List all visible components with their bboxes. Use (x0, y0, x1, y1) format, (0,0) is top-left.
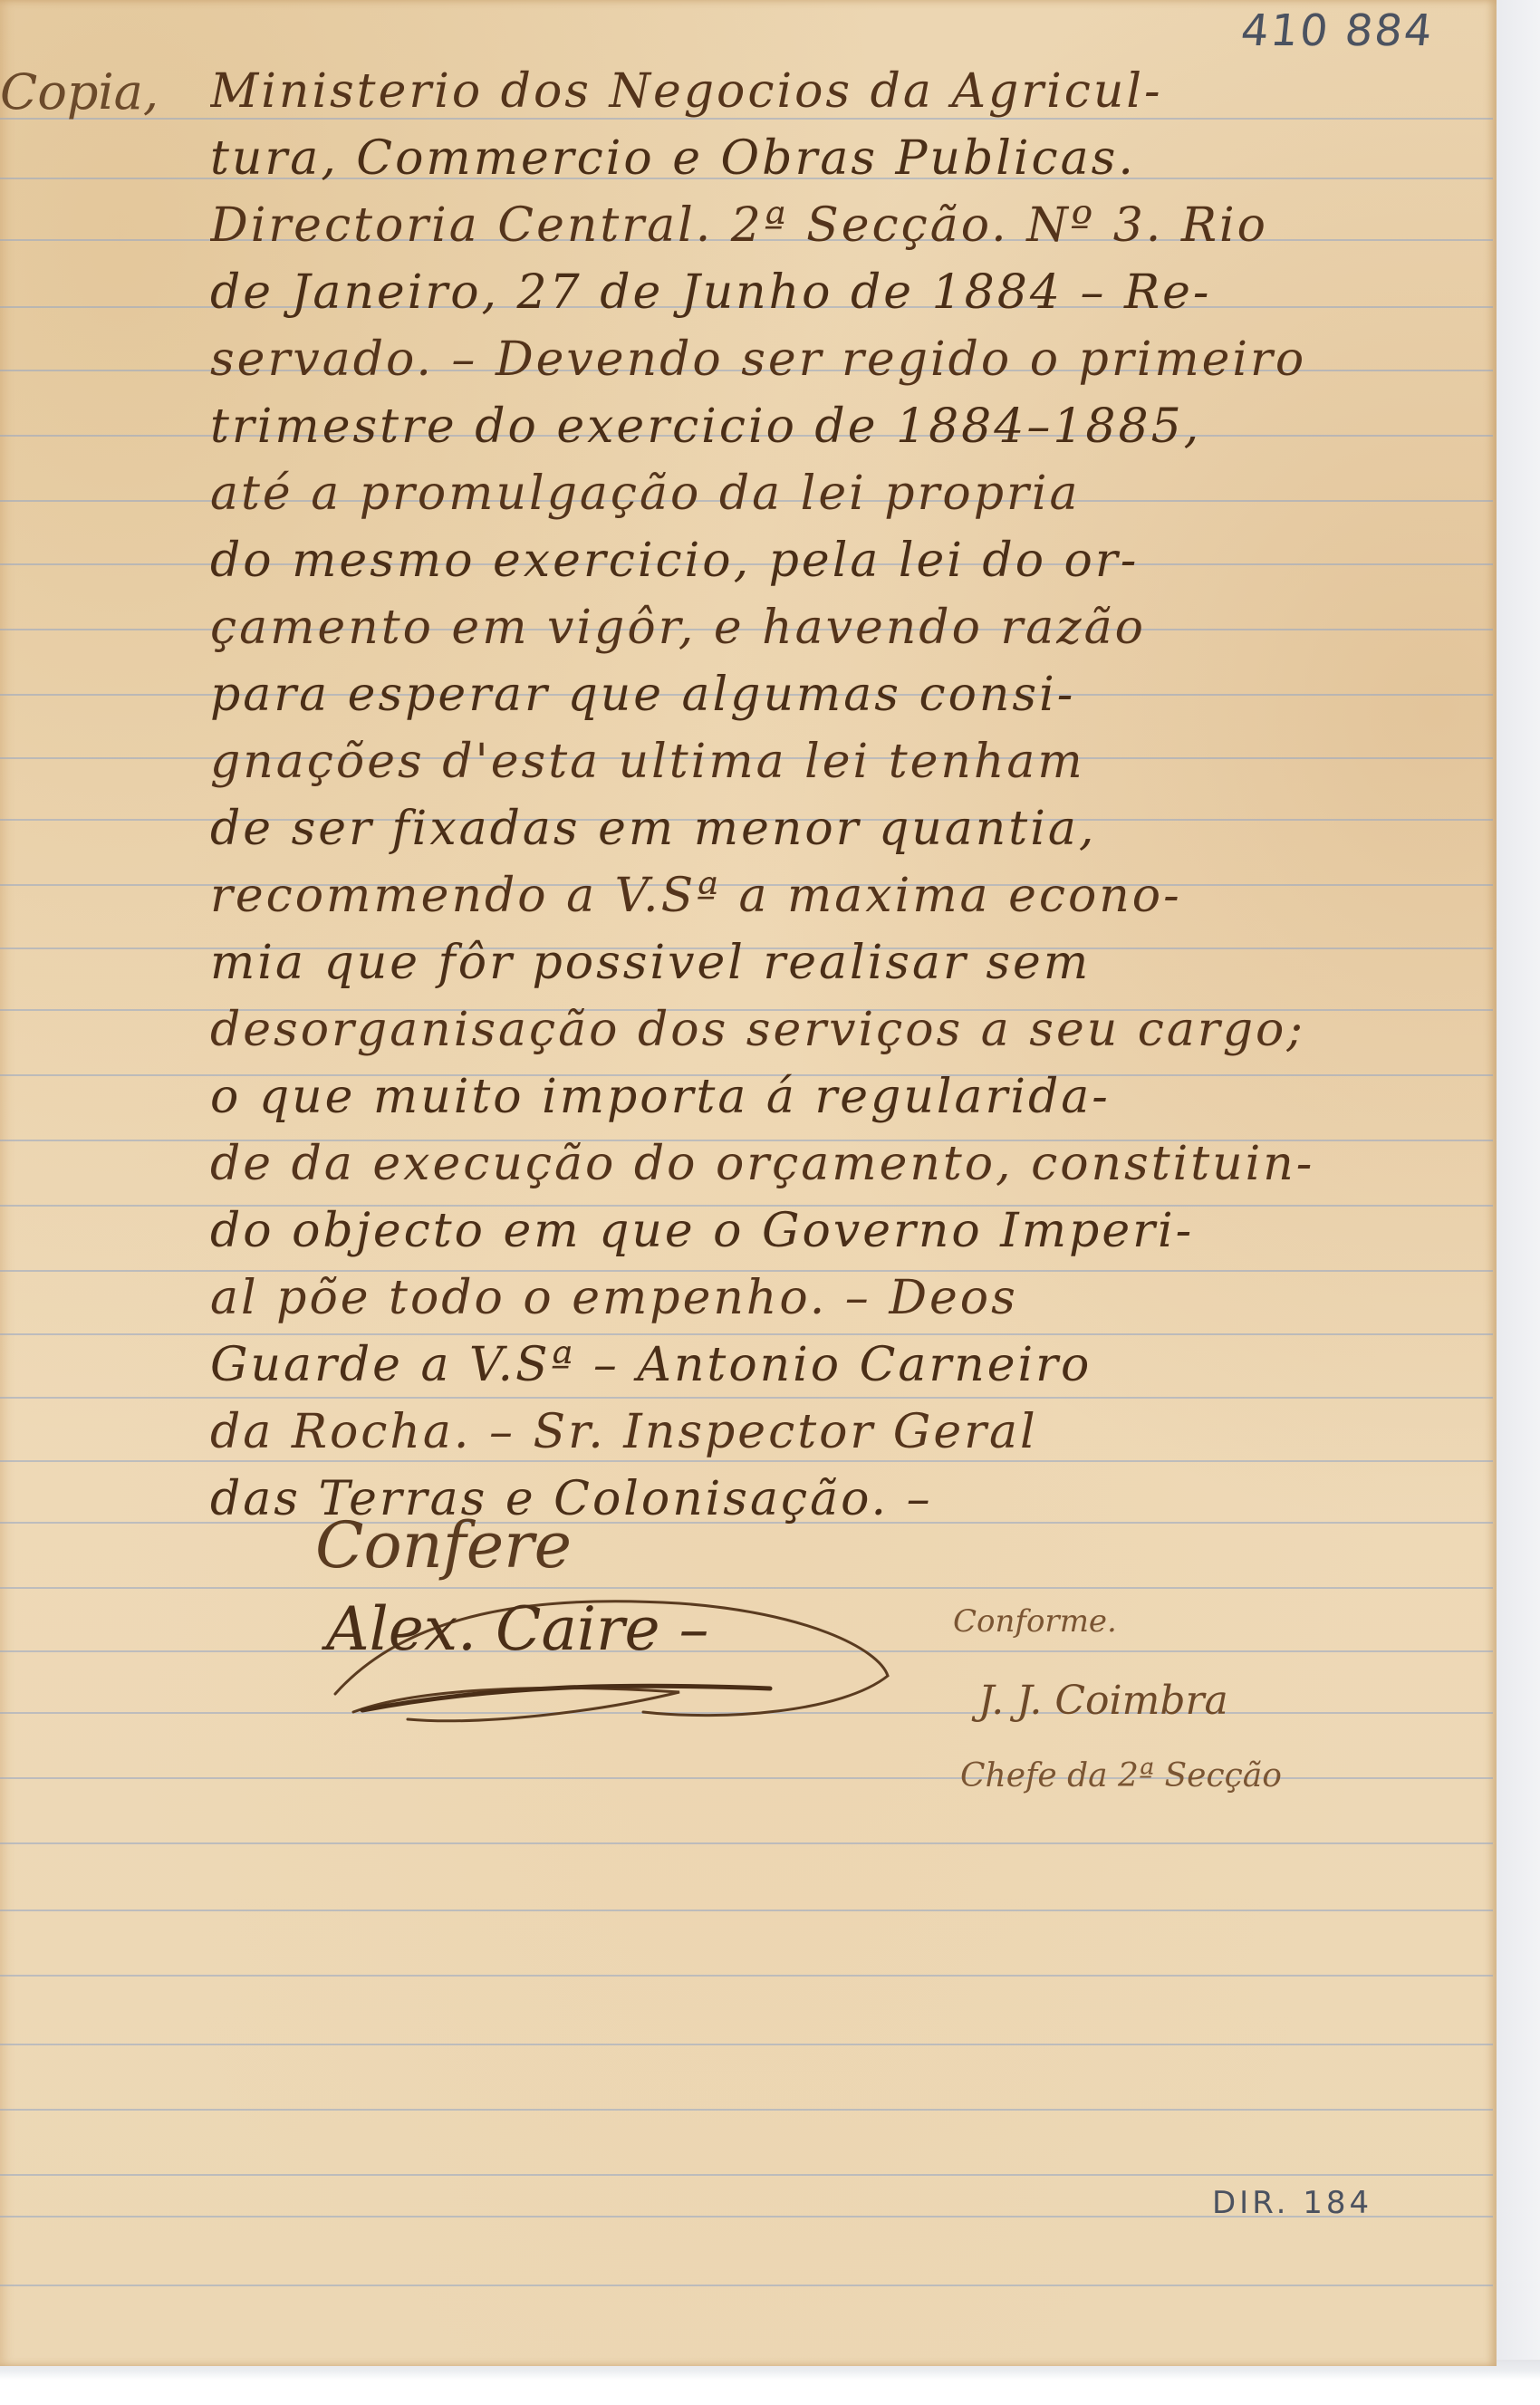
letter-line: servado. – Devendo ser regido o primeiro (210, 326, 1487, 393)
letter-line: para esperar que algumas consi- (210, 661, 1487, 728)
letter-line: Ministerio dos Negocios da Agricul- (210, 58, 1487, 125)
letter-line: até a promulgação da lei propria (210, 460, 1487, 527)
letter-line: al põe todo o empenho. – Deos (210, 1265, 1487, 1332)
rule-line (0, 1587, 1493, 1589)
rule-line (0, 2044, 1493, 2045)
letter-line: da Rocha. – Sr. Inspector Geral (210, 1399, 1487, 1466)
margin-label-copia: Copia, (0, 63, 159, 120)
rule-line (0, 2174, 1493, 2176)
letter-line: do objecto em que o Governo Imperi- (210, 1198, 1487, 1265)
letter-line: trimestre do exercicio de 1884–1885, (210, 393, 1487, 460)
letter-line: mia que fôr possivel realisar sem (210, 929, 1487, 996)
rule-line (0, 1777, 1493, 1779)
rule-line (0, 2285, 1493, 2286)
letter-line: gnações d'esta ultima lei tenham (210, 728, 1487, 795)
letter-line: do mesmo exercicio, pela lei do or- (210, 527, 1487, 594)
letter-line: de da execução do orçamento, constituin- (210, 1130, 1487, 1198)
letter-line: das Terras e Colonisação. – (210, 1466, 1487, 1533)
archive-number-top: 410 884 (1238, 5, 1436, 56)
rule-line (0, 1712, 1493, 1714)
letter-line: desorganisação dos serviços a seu cargo; (210, 996, 1487, 1063)
rule-line (0, 1910, 1493, 1911)
rule-line (0, 1842, 1493, 1844)
letter-line: Directoria Central. 2ª Secção. Nº 3. Rio (210, 192, 1487, 259)
rule-line (0, 1650, 1493, 1652)
letter-line: de ser fixadas em menor quantia, (210, 795, 1487, 862)
letter-line: o que muito importa á regularida- (210, 1063, 1487, 1130)
letter-line: çamento em vigôr, e havendo razão (210, 594, 1487, 661)
letter-line: recommendo a V.Sª a maxima econo- (210, 862, 1487, 929)
scan-bottom-edge (0, 2360, 1540, 2405)
letter-line: de Janeiro, 27 de Junho de 1884 – Re- (210, 259, 1487, 326)
rule-line (0, 1975, 1493, 1977)
letter-line: Guarde a V.Sª – Antonio Carneiro (210, 1332, 1487, 1399)
archive-number-bottom: DIR. 184 (1212, 2185, 1372, 2221)
letter-body: Ministerio dos Negocios da Agricul- tura… (210, 58, 1487, 1533)
rule-line (0, 2109, 1493, 2111)
letter-line: tura, Commercio e Obras Publicas. (210, 125, 1487, 192)
